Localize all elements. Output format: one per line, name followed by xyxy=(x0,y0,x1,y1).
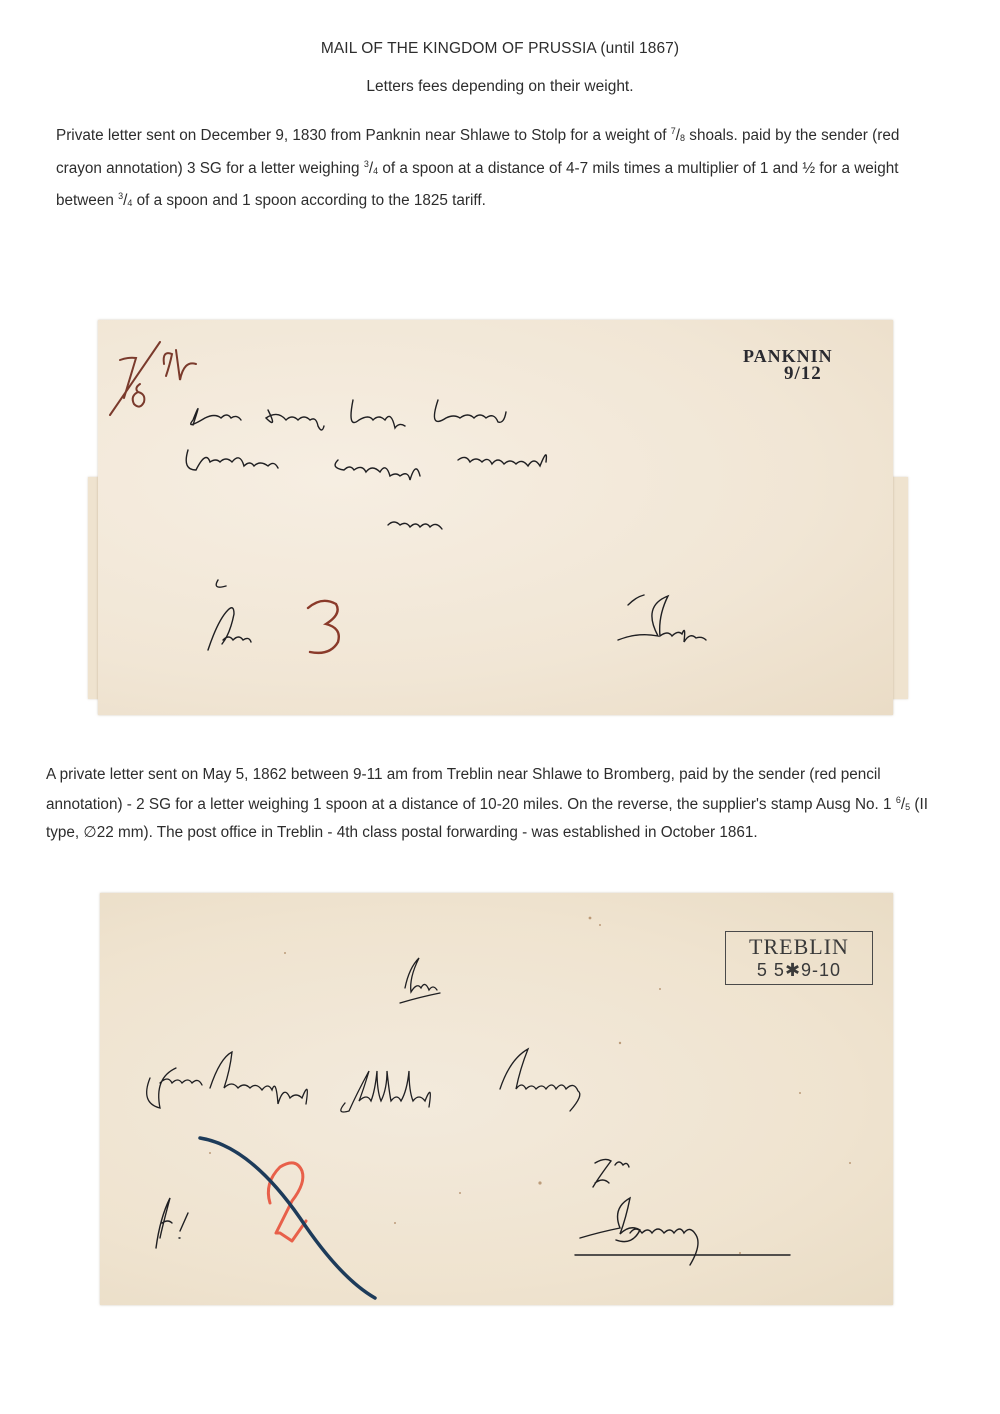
handwriting-ink xyxy=(100,893,893,1305)
fraction-numerator: 3 xyxy=(118,191,123,201)
handwriting-ink xyxy=(98,320,893,715)
fraction-numerator: 6 xyxy=(896,795,901,805)
fraction-numerator: 7 xyxy=(671,126,676,136)
desc-text: Private letter sent on December 9, 1830 … xyxy=(56,127,671,144)
fraction-numerator: 3 xyxy=(364,159,369,169)
cover-treblin-letter: TREBLIN 5 5✱9-10 xyxy=(88,885,908,1315)
desc-text: of a spoon and 1 spoon according to the … xyxy=(132,192,486,209)
entry-1-description: Private letter sent on December 9, 1830 … xyxy=(56,119,946,217)
entry-2-description: A private letter sent on May 5, 1862 bet… xyxy=(46,762,958,846)
cover-front: TREBLIN 5 5✱9-10 xyxy=(100,893,893,1305)
page-subtitle: Letters fees depending on their weight. xyxy=(0,78,1000,96)
cover-panknin-letter: PANKNIN 9/12 xyxy=(88,312,918,722)
cover-front: PANKNIN 9/12 xyxy=(98,320,893,715)
page-title: MAIL OF THE KINGDOM OF PRUSSIA (until 18… xyxy=(0,40,1000,58)
desc-text: A private letter sent on May 5, 1862 bet… xyxy=(46,766,896,813)
